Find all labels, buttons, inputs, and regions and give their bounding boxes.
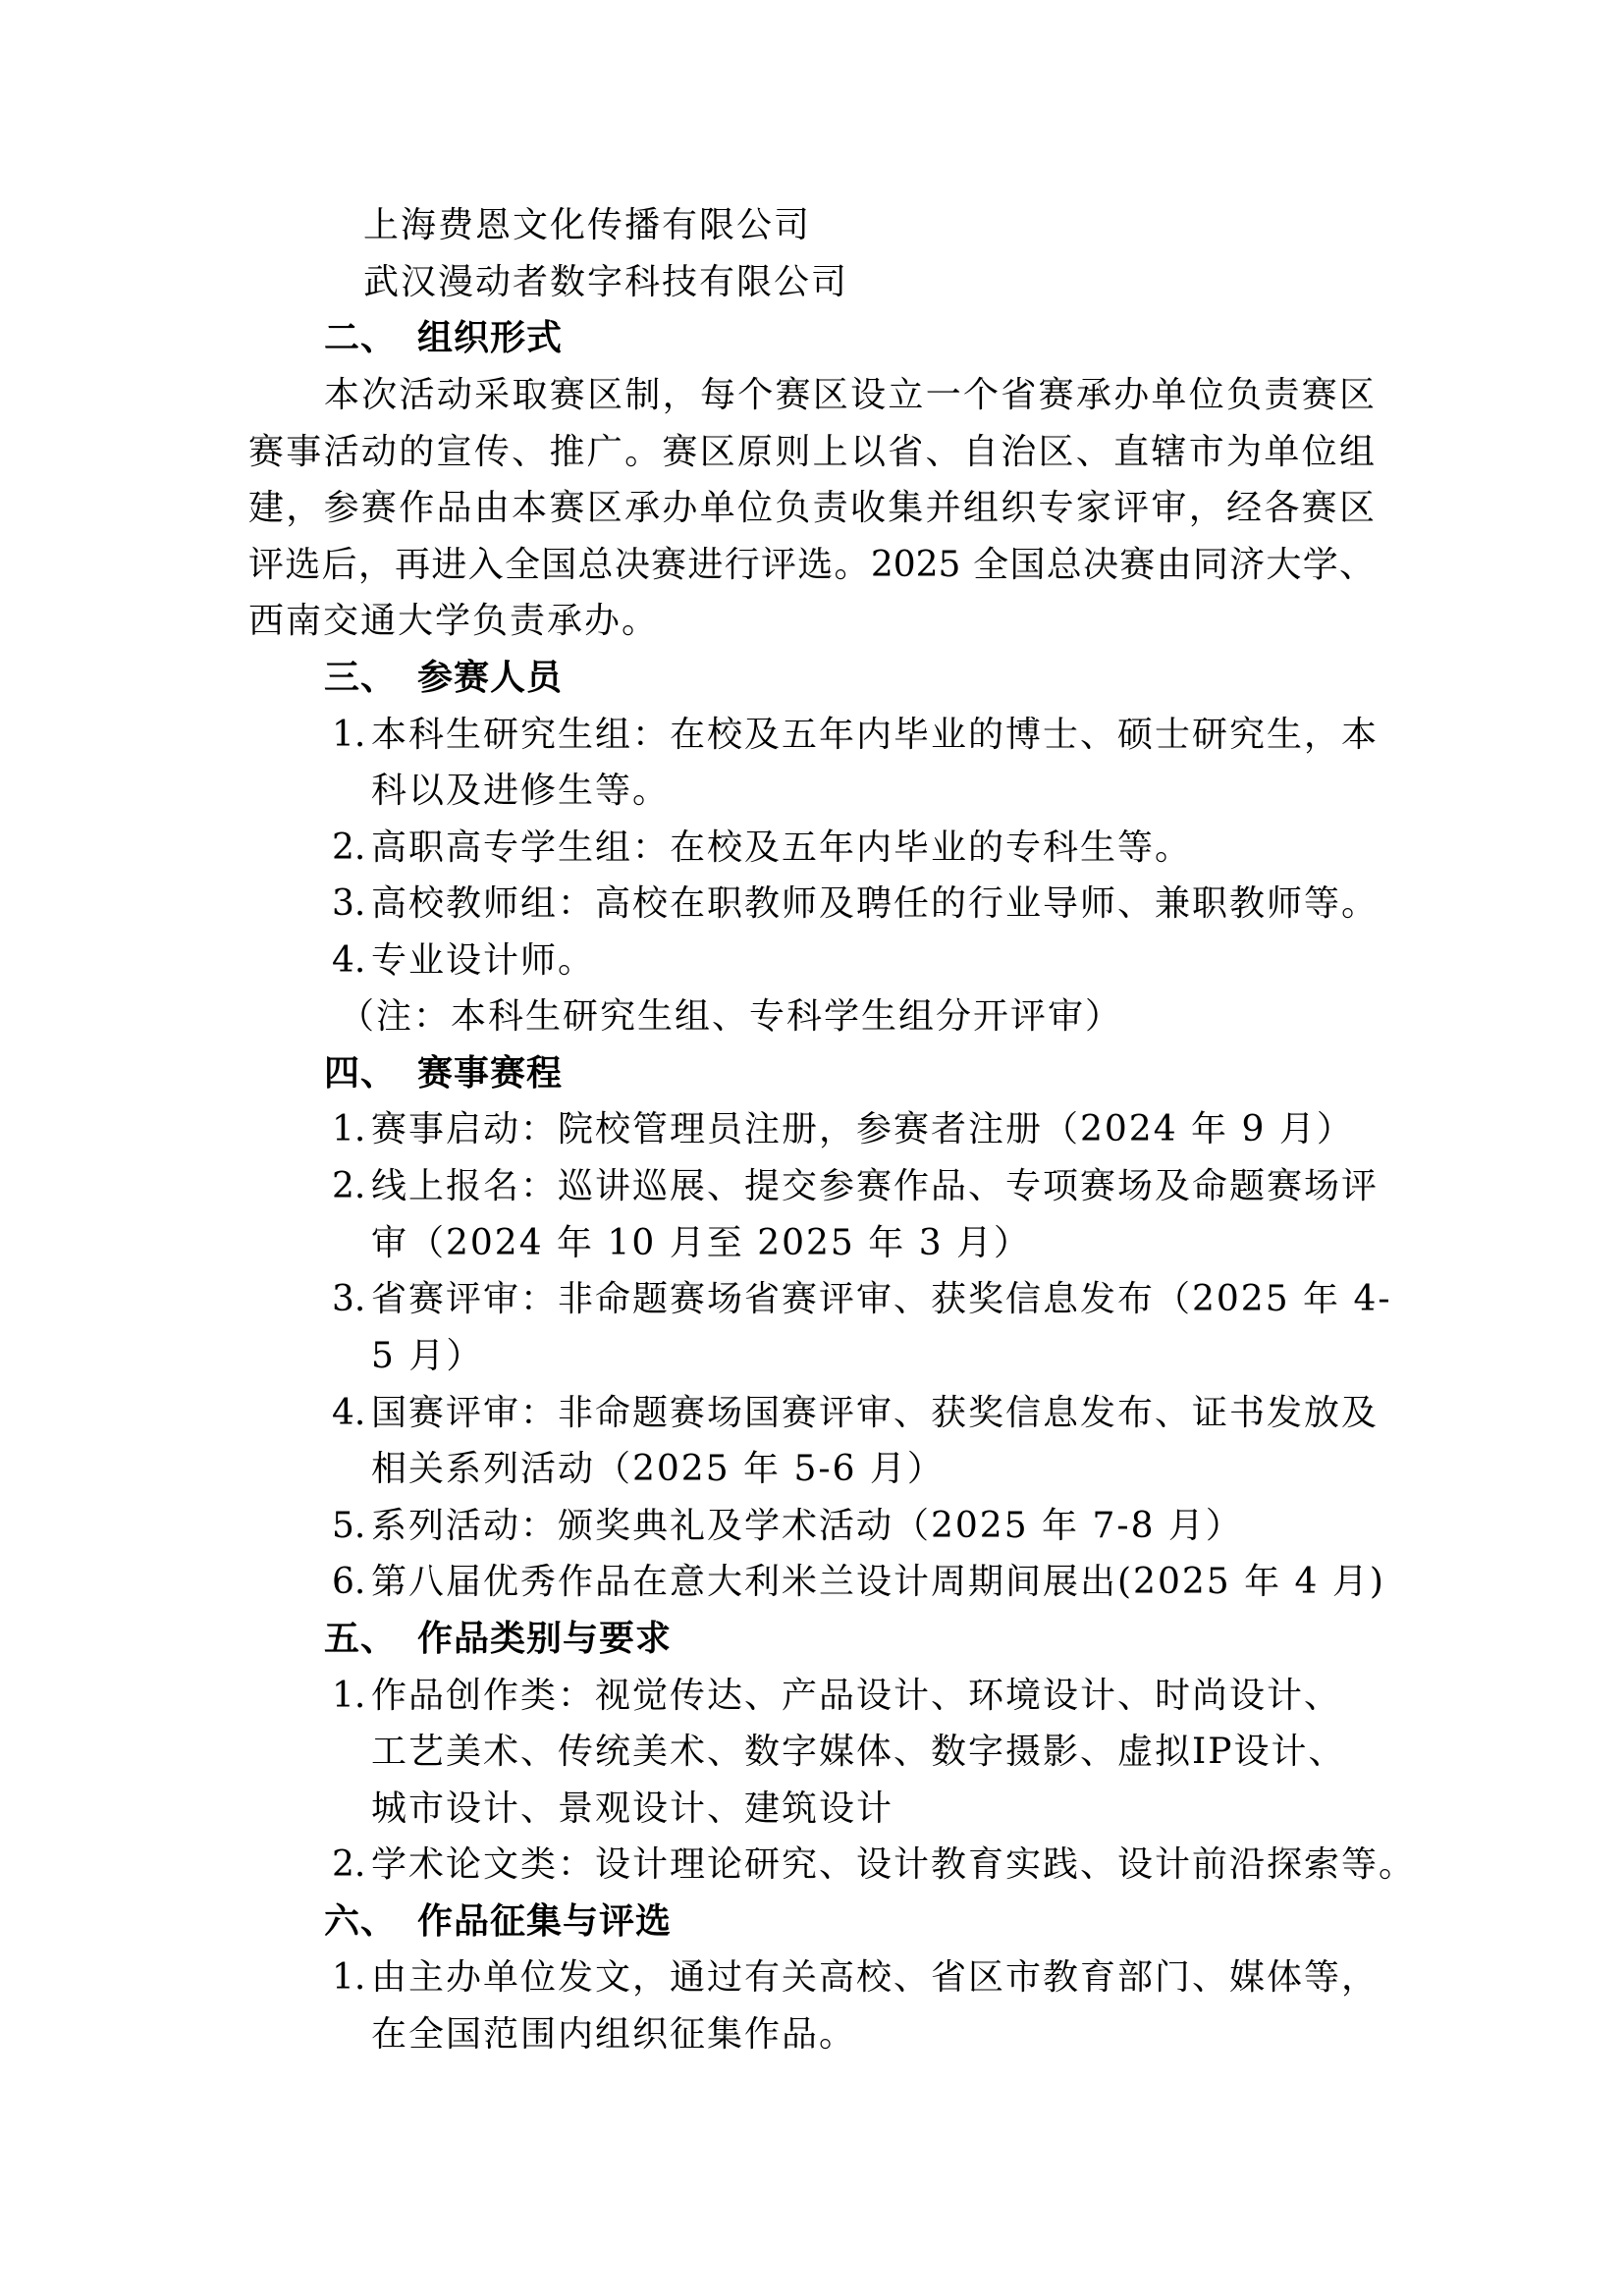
list-text: 第八届优秀作品在意大利米兰设计周期间展出(2025 年 4 月)	[371, 1562, 1385, 1602]
list-number: 4.	[332, 941, 371, 981]
list-item: 3.省赛评审：非命题赛场省赛评审、获奖信息发布（2025 年 4-	[332, 1280, 1392, 1319]
paragraph-line: 本次活动采取赛区制，每个赛区设立一个省赛承办单位负责赛区	[248, 376, 1375, 415]
list-item: 4.专业设计师。	[332, 941, 595, 981]
list-item: 1.本科生研究生组：在校及五年内毕业的博士、硕士研究生，本	[332, 716, 1379, 755]
list-text: 高校教师组：高校在职教师及聘任的行业导师、兼职教师等。	[371, 883, 1379, 924]
paragraph-line: 建，参赛作品由本赛区承办单位负责收集并组织专家评审，经各赛区	[248, 489, 1375, 528]
list-text: 线上报名：巡讲巡展、提交参赛作品、专项赛场及命题赛场评	[371, 1166, 1379, 1206]
list-number: 1.	[332, 1677, 371, 1716]
section-title: 参赛人员	[417, 658, 563, 698]
list-item: 1.作品创作类：视觉传达、产品设计、环境设计、时尚设计、	[332, 1677, 1341, 1716]
section-number: 六、	[324, 1902, 417, 1942]
list-continuation: 城市设计、景观设计、建筑设计	[371, 1789, 893, 1829]
section-heading: 六、作品征集与评选	[324, 1902, 672, 1942]
list-item: 1.由主办单位发文，通过有关高校、省区市教育部门、媒体等，	[332, 1958, 1379, 1998]
section-number: 五、	[324, 1620, 417, 1659]
list-text: 系列活动：颁奖典礼及学术活动（2025 年 7-8 月）	[371, 1506, 1243, 1546]
section-heading: 二、组织形式	[324, 319, 563, 358]
section-heading: 四、赛事赛程	[324, 1054, 563, 1094]
list-text: 专业设计师。	[371, 940, 595, 981]
list-item: 3.高校教师组：高校在职教师及聘任的行业导师、兼职教师等。	[332, 884, 1379, 924]
list-number: 4.	[332, 1394, 371, 1433]
list-continuation: 科以及进修生等。	[371, 772, 670, 811]
list-continuation: 工艺美术、传统美术、数字媒体、数字摄影、虚拟IP设计、	[371, 1733, 1345, 1772]
section-title: 组织形式	[417, 318, 563, 358]
list-number: 1.	[332, 1110, 371, 1149]
section-title: 作品类别与要求	[417, 1619, 672, 1659]
paragraph-line: 赛事活动的宣传、推广。赛区原则上以省、自治区、直辖市为单位组	[248, 433, 1375, 472]
list-item: 5.系列活动：颁奖典礼及学术活动（2025 年 7-8 月）	[332, 1507, 1243, 1546]
list-item: 1.赛事启动：院校管理员注册，参赛者注册（2024 年 9 月）	[332, 1110, 1354, 1149]
list-item: 2.学术论文类：设计理论研究、设计教育实践、设计前沿探索等。	[332, 1845, 1416, 1885]
list-text: 作品创作类：视觉传达、产品设计、环境设计、时尚设计、	[371, 1676, 1341, 1716]
paragraph-line: 评选后，再进入全国总决赛进行评选。2025 全国总决赛由同济大学、	[248, 546, 1375, 585]
note: （注：本科生研究生组、专科学生组分开评审）	[339, 997, 1122, 1037]
list-number: 1.	[332, 1958, 371, 1998]
list-number: 5.	[332, 1507, 371, 1546]
list-number: 2.	[332, 828, 371, 868]
paragraph-line: 西南交通大学负责承办。	[248, 602, 659, 641]
list-item: 2.高职高专学生组：在校及五年内毕业的专科生等。	[332, 828, 1192, 868]
list-text: 赛事启动：院校管理员注册，参赛者注册（2024 年 9 月）	[371, 1109, 1354, 1149]
list-number: 3.	[332, 884, 371, 924]
document-page: 上海费恩文化传播有限公司 武汉漫动者数字科技有限公司 二、组织形式 本次活动采取…	[0, 0, 1624, 2296]
list-continuation: 相关系列活动（2025 年 5-6 月）	[371, 1450, 945, 1489]
list-item: 2.线上报名：巡讲巡展、提交参赛作品、专项赛场及命题赛场评	[332, 1167, 1379, 1206]
list-number: 1.	[332, 716, 371, 755]
organizer-name: 武汉漫动者数字科技有限公司	[363, 263, 848, 302]
list-text: 本科生研究生组：在校及五年内毕业的博士、硕士研究生，本	[371, 715, 1379, 755]
list-text: 高职高专学生组：在校及五年内毕业的专科生等。	[371, 828, 1192, 868]
list-text: 国赛评审：非命题赛场国赛评审、获奖信息发布、证书发放及	[371, 1393, 1379, 1433]
list-number: 3.	[332, 1280, 371, 1319]
list-number: 2.	[332, 1845, 371, 1885]
organizer-name: 上海费恩文化传播有限公司	[363, 206, 811, 245]
section-heading: 五、作品类别与要求	[324, 1620, 672, 1659]
section-title: 作品征集与评选	[417, 1901, 672, 1942]
section-number: 二、	[324, 319, 417, 358]
list-number: 6.	[332, 1563, 371, 1602]
list-text: 由主办单位发文，通过有关高校、省区市教育部门、媒体等，	[371, 1957, 1379, 1998]
list-continuation: 5 月）	[371, 1337, 483, 1376]
section-number: 四、	[324, 1054, 417, 1094]
list-continuation: 在全国范围内组织征集作品。	[371, 2015, 856, 2055]
list-item: 6.第八届优秀作品在意大利米兰设计周期间展出(2025 年 4 月)	[332, 1563, 1385, 1602]
list-item: 4.国赛评审：非命题赛场国赛评审、获奖信息发布、证书发放及	[332, 1394, 1379, 1433]
list-continuation: 审（2024 年 10 月至 2025 年 3 月）	[371, 1224, 1031, 1263]
section-heading: 三、参赛人员	[324, 659, 563, 698]
list-number: 2.	[332, 1167, 371, 1206]
list-text: 学术论文类：设计理论研究、设计教育实践、设计前沿探索等。	[371, 1844, 1416, 1885]
section-title: 赛事赛程	[417, 1053, 563, 1094]
section-number: 三、	[324, 659, 417, 698]
list-text: 省赛评审：非命题赛场省赛评审、获奖信息发布（2025 年 4-	[371, 1279, 1392, 1319]
